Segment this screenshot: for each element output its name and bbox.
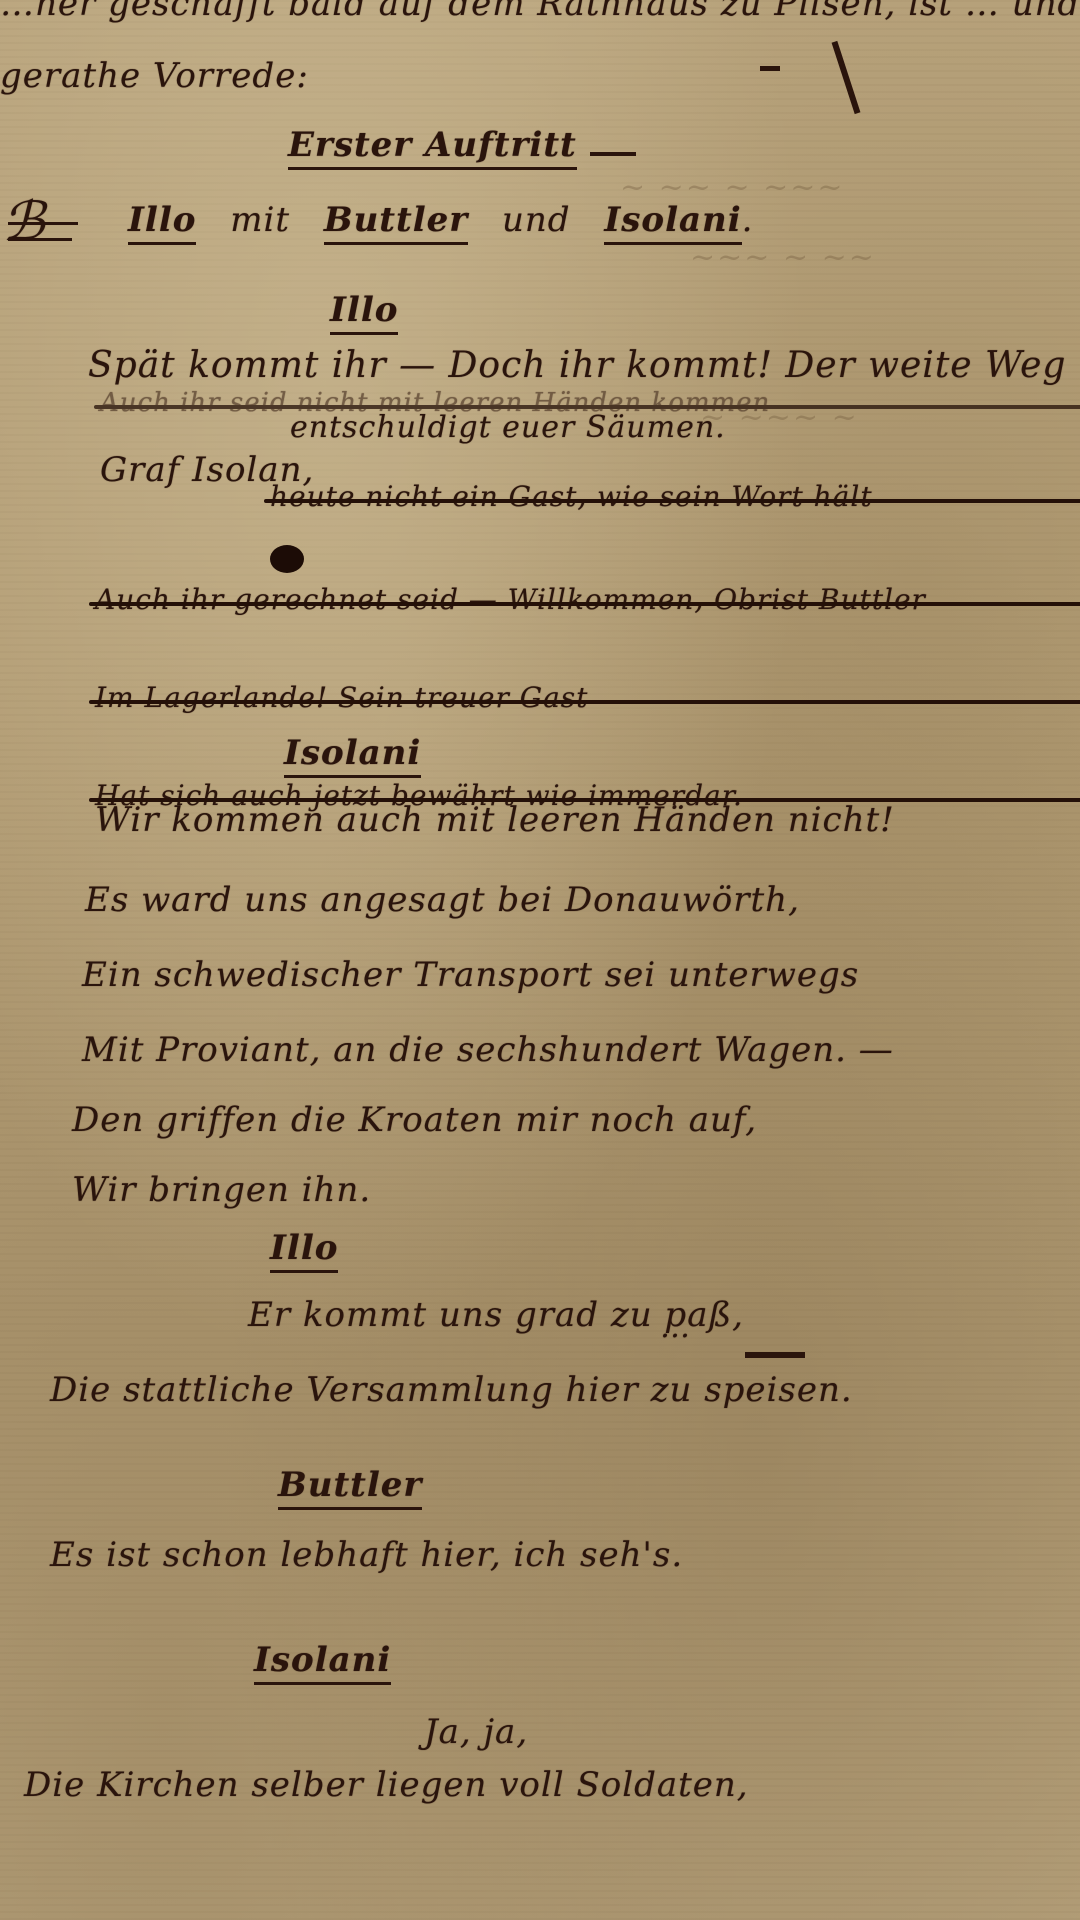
cast-end: . <box>742 200 754 240</box>
speaker-isolani: Isolani <box>254 1640 391 1685</box>
ink-dash <box>590 152 636 156</box>
verse-line: Mit Proviant, an die sechshundert Wagen.… <box>82 1030 894 1070</box>
manuscript-page: ~ ~~ ~ ~~~ ~~~ ~ ~~ ~ ~~~ ~ …ner geschaf… <box>0 0 1080 1920</box>
verse-insertion: entschuldigt euer Säumen. <box>290 410 726 445</box>
cast-name-illo: Illo <box>128 200 196 245</box>
verse-line: Wir kommen auch mit leeren Händen nicht! <box>95 800 895 840</box>
verse-line: Ein schwedischer Transport sei unterwegs <box>82 955 859 995</box>
speaker-isolani: Isolani <box>284 733 421 778</box>
ink-dash <box>745 1352 805 1358</box>
ink-blot <box>270 545 304 573</box>
speaker-illo: Illo <box>330 290 398 335</box>
header-line-1: …ner geschafft bald auf dem Rathhaus zu … <box>0 0 1080 24</box>
cast-line: Illo mit Buttler und Isolani. <box>128 200 753 240</box>
struck-line: Auch ihr gerechnet seid — Willkommen, Ob… <box>95 583 1080 616</box>
verse-line: Ja, ja, <box>424 1712 528 1752</box>
ellipsis-mark: … <box>660 1310 691 1345</box>
cast-name-isolani: Isolani <box>604 200 741 245</box>
cast-connector: mit <box>230 200 290 240</box>
speaker-buttler: Buttler <box>278 1465 422 1510</box>
verse-line: Es ist schon lebhaft hier, ich seh's. <box>50 1535 683 1575</box>
struck-line: heute nicht ein Gast, wie sein Wort hält <box>270 480 1080 513</box>
bleed-through-text: ~~~ ~ ~~ <box>690 240 876 275</box>
flourish-stroke <box>8 238 72 241</box>
ink-dash <box>760 66 780 71</box>
cast-name-buttler: Buttler <box>324 200 468 245</box>
verse-line: Es ward uns angesagt bei Donauwörth, <box>85 880 800 920</box>
cast-connector: und <box>502 200 571 240</box>
flourish-stroke <box>8 222 78 225</box>
ink-stroke <box>832 41 861 114</box>
header-line-2: gerathe Vorrede: <box>0 56 309 96</box>
speaker-illo: Illo <box>270 1228 338 1273</box>
verse-line: Die Kirchen selber liegen voll Soldaten, <box>24 1765 749 1805</box>
scene-title: Erster Auftritt <box>288 125 577 170</box>
verse-line: Den griffen die Kroaten mir noch auf, <box>72 1100 757 1140</box>
verse-line: Wir bringen ihn. <box>72 1170 371 1210</box>
struck-line: Im Lagerlande! Sein treuer Gast <box>95 681 1080 714</box>
verse-line: Spät kommt ihr — Doch ihr kommt! Der wei… <box>88 345 1066 386</box>
verse-line: Die stattliche Versammlung hier zu speis… <box>50 1370 853 1410</box>
